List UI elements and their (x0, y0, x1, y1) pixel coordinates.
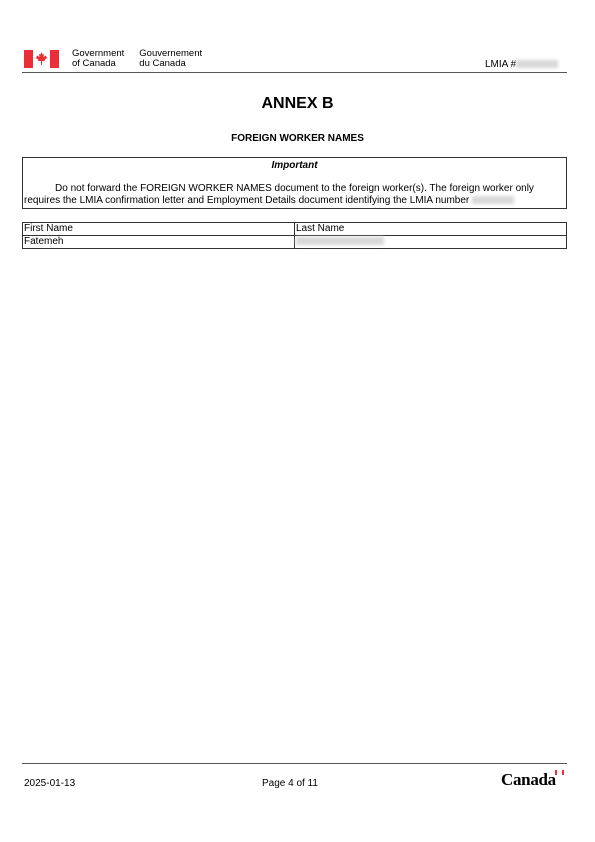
footer-divider (22, 763, 567, 764)
gov-en-line2: of Canada (72, 59, 124, 69)
lmia-label: LMIA # (485, 59, 516, 70)
notice-line2: requires the LMIA confirmation letter an… (23, 195, 566, 207)
foreign-worker-names-table: First Name Last Name Fatemeh (22, 222, 567, 249)
notice-heading: Important (23, 160, 566, 171)
cell-last-name (295, 236, 567, 249)
gov-name-en: Government of Canada (72, 49, 124, 69)
section-title: FOREIGN WORKER NAMES (0, 133, 595, 144)
government-signature: Government of Canada Gouvernement du Can… (24, 49, 202, 69)
gov-name-fr: Gouvernement du Canada (139, 49, 202, 69)
redacted-lmia-number (516, 60, 558, 68)
wordmark-flag-icon (555, 770, 564, 775)
page-number: Page 4 of 11 (262, 778, 318, 789)
document-date: 2025-01-13 (24, 778, 75, 789)
canada-wordmark: Canada (501, 770, 556, 790)
gov-fr-line2: du Canada (139, 59, 202, 69)
redacted-last-name (296, 237, 384, 245)
table-row: Fatemeh (23, 236, 567, 249)
cell-first-name: Fatemeh (23, 236, 295, 249)
canada-flag-icon (24, 50, 59, 68)
column-header-last-name: Last Name (295, 223, 567, 236)
notice-line1: Do not forward the FOREIGN WORKER NAMES … (23, 183, 566, 195)
important-notice: Important Do not forward the FOREIGN WOR… (22, 157, 567, 209)
redacted-lmia-number (472, 196, 514, 204)
column-header-first-name: First Name (23, 223, 295, 236)
lmia-number: LMIA # (485, 59, 558, 70)
table-header-row: First Name Last Name (23, 223, 567, 236)
notice-line2-text: requires the LMIA confirmation letter an… (24, 195, 469, 206)
page-title: ANNEX B (0, 95, 595, 113)
header-divider (22, 72, 567, 73)
